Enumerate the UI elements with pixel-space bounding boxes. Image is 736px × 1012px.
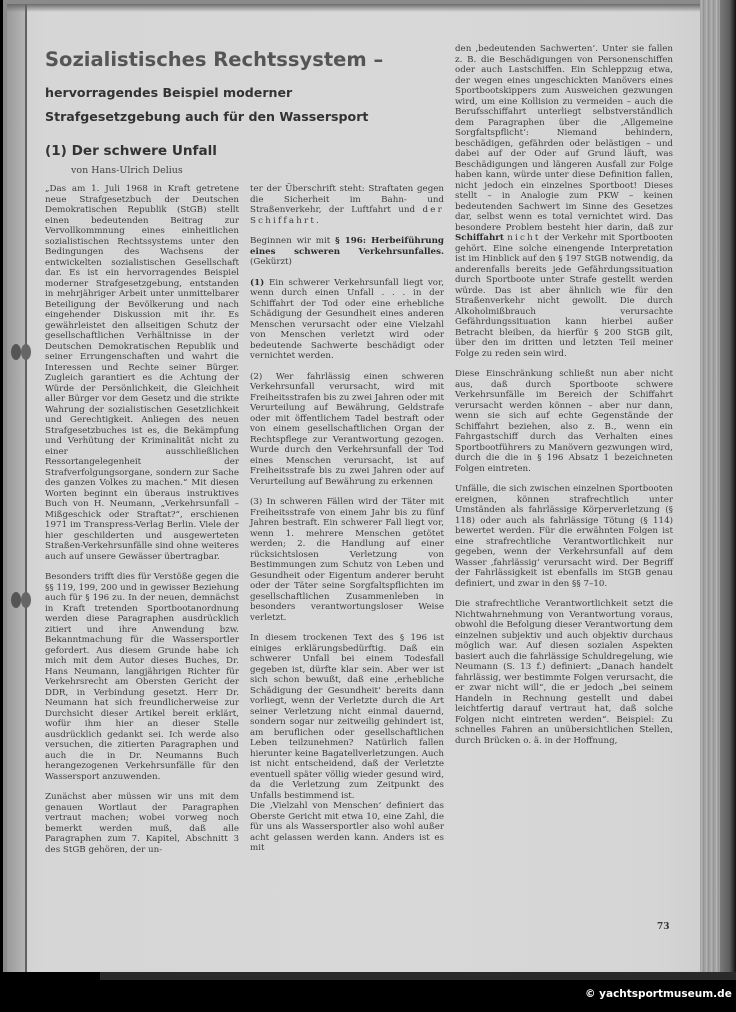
- article-header: Sozialistisches Rechtssystem – hervorrag…: [45, 48, 465, 176]
- paragraph: „Das am 1. Juli 1968 in Kraft getretene …: [45, 184, 239, 562]
- page-number: 73: [657, 922, 670, 932]
- paragraph: (3) In schweren Fällen wird der Täter mi…: [250, 497, 444, 623]
- paragraph: Unfälle, die sich zwischen einzelnen Spo…: [455, 484, 673, 589]
- top-edge-shadow: [7, 4, 703, 12]
- clause-number: (1): [250, 278, 264, 288]
- paragraph: den ‚bedeutenden Sachwerten‘. Unter sie …: [455, 44, 673, 359]
- author-byline: von Hans-Ulrich Delius: [71, 165, 465, 176]
- paragraph-text: (Gekürzt): [250, 257, 292, 267]
- paragraph: Diese Einschränkung schließt nun aber ni…: [455, 369, 673, 474]
- magazine-page: Sozialistisches Rechtssystem – hervorrag…: [7, 4, 703, 972]
- text-column-1: „Das am 1. Juli 1968 in Kraft getretene …: [45, 184, 239, 865]
- paragraph: Die strafrechtliche Verantwortlichkeit s…: [455, 599, 673, 746]
- paragraph-text: der Verkehr mit Sportbooten gehört. Eine…: [455, 233, 673, 359]
- binding-gutter: [7, 4, 25, 972]
- paragraph: Besonders trifft dies für Verstöße gegen…: [45, 572, 239, 782]
- bottom-edge-shadow: [100, 972, 736, 980]
- paragraph: Zunächst aber müssen wir uns mit dem gen…: [45, 792, 239, 855]
- copyright-watermark: © yachtsportmuseum.de: [585, 988, 732, 1000]
- paragraph-text: ter der Überschrift steht: Straftaten ge…: [250, 184, 444, 215]
- article-title: Sozialistisches Rechtssystem –: [45, 48, 465, 71]
- text-column-3: den ‚bedeutenden Sachwerten‘. Unter sie …: [455, 44, 673, 756]
- paragraph: (1) Ein schwerer Verkehrsunfall liegt vo…: [250, 278, 444, 362]
- article-subtitle-line-2: Strafgesetzgebung auch für den Wasserspo…: [45, 105, 465, 129]
- emphasis-bold: Schiffahrt: [455, 233, 504, 243]
- paragraph-text: Ein schwerer Verkehrsunfall liegt vor, w…: [250, 278, 444, 362]
- paragraph: Beginnen wir mit § 196: Herbeiführung ei…: [250, 236, 444, 268]
- punch-hole-icon: [11, 344, 21, 360]
- binding-line: [25, 4, 27, 972]
- scanned-page-background: Sozialistisches Rechtssystem – hervorrag…: [3, 0, 736, 972]
- paragraph: Die ‚Vielzahl von Menschen‘ definiert da…: [250, 801, 444, 854]
- paragraph: (2) Wer fahrlässig einen schweren Verkeh…: [250, 372, 444, 488]
- punch-hole-icon: [11, 592, 21, 608]
- emphasis-spaced: nicht: [507, 233, 540, 243]
- paragraph-text: Beginnen wir mit: [250, 236, 335, 246]
- stacked-page-edges: [700, 0, 736, 972]
- article-subtitle-line-1: hervorragendes Beispiel moderner: [45, 81, 465, 105]
- paragraph: ter der Überschrift steht: Straftaten ge…: [250, 184, 444, 226]
- section-heading: (1) Der schwere Unfall: [45, 143, 465, 159]
- paragraph-text: den ‚bedeutenden Sachwerten‘. Unter sie …: [455, 44, 673, 233]
- text-column-2: ter der Überschrift steht: Straftaten ge…: [250, 184, 444, 864]
- paragraph: In diesem trockenen Text des § 196 ist e…: [250, 633, 444, 801]
